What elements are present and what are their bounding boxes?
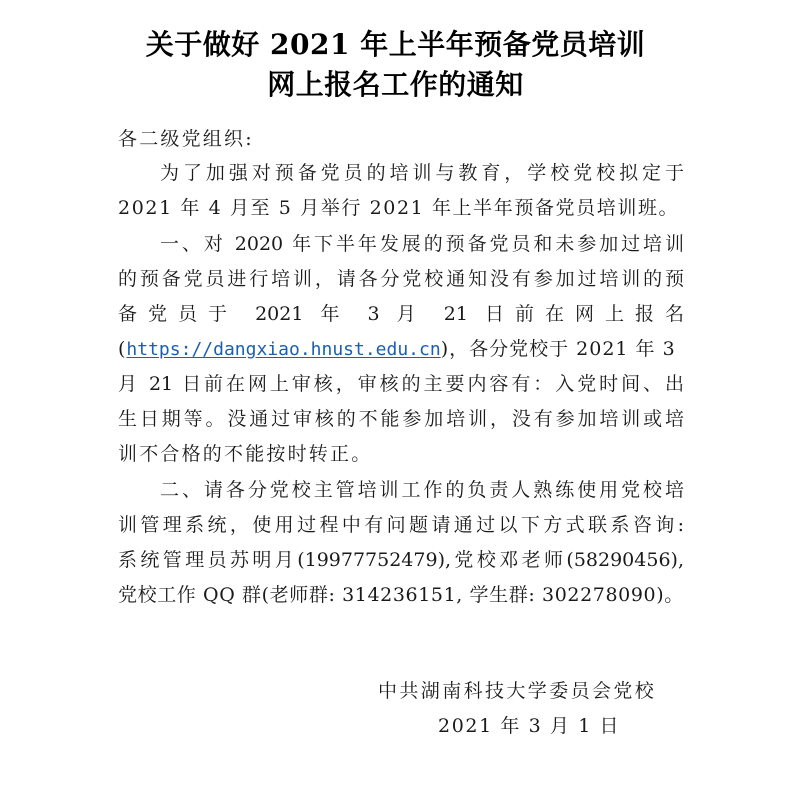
paragraph-3-line-1: 二、请各分党校主管培训工作的负责人熟练使用党校培 <box>160 478 684 502</box>
paragraph-2-line-7: 训不合格的不能按时转正。 <box>118 442 684 466</box>
document-title-line-1: 关于做好 2021 年上半年预备党员培训 <box>0 27 791 63</box>
paragraph-3-line-2: 训管理系统，使用过程中有问题请通过以下方式联系咨询: <box>118 513 684 537</box>
paragraph-2-line-6: 生日期等。没通过审核的不能参加培训，没有参加培训或培 <box>118 407 684 431</box>
signature-date: 2021 年 3 月 1 日 <box>438 714 620 738</box>
paragraph-2-line-4: (https://dangxiao.hnust.edu.cn)，各分党校于 20… <box>118 337 684 362</box>
paragraph-2-line-5: 月 21 日前在网上审核，审核的主要内容有：入党时间、出 <box>118 372 684 396</box>
paragraph-1-line-1: 为了加强对预备党员的培训与教育，学校党校拟定于 <box>160 161 684 185</box>
paragraph-3-line-4: 党校工作 QQ 群(老师群: 314236151, 学生群: 302278090… <box>118 583 684 607</box>
paragraph-1-line-2: 2021 年 4 月至 5 月举行 2021 年上半年预备党员培训班。 <box>118 196 684 220</box>
signature-organization: 中共湖南科技大学委员会党校 <box>378 679 656 703</box>
salutation: 各二级党组织: <box>118 127 684 151</box>
notice-document: 关于做好 2021 年上半年预备党员培训 网上报名工作的通知 各二级党组织: 为… <box>0 0 791 802</box>
registration-link[interactable]: https://dangxiao.hnust.edu.cn <box>126 339 440 360</box>
paragraph-2-line-3: 备党员于 2021 年 3 月 21 日前在网上报名 <box>118 302 684 326</box>
paragraph-3-line-3: 系统管理员苏明月(19977752479),党校邓老师(58290456), <box>118 548 684 572</box>
paragraph-2-line-4-rest: )，各分党校于 2021 年 3 <box>441 338 676 360</box>
document-title-line-2: 网上报名工作的通知 <box>0 67 791 103</box>
paragraph-2-line-2: 的预备党员进行培训，请各分党校通知没有参加过培训的预 <box>118 267 684 291</box>
paragraph-2-line-1: 一、对 2020 年下半年发展的预备党员和未参加过培训 <box>160 232 684 256</box>
